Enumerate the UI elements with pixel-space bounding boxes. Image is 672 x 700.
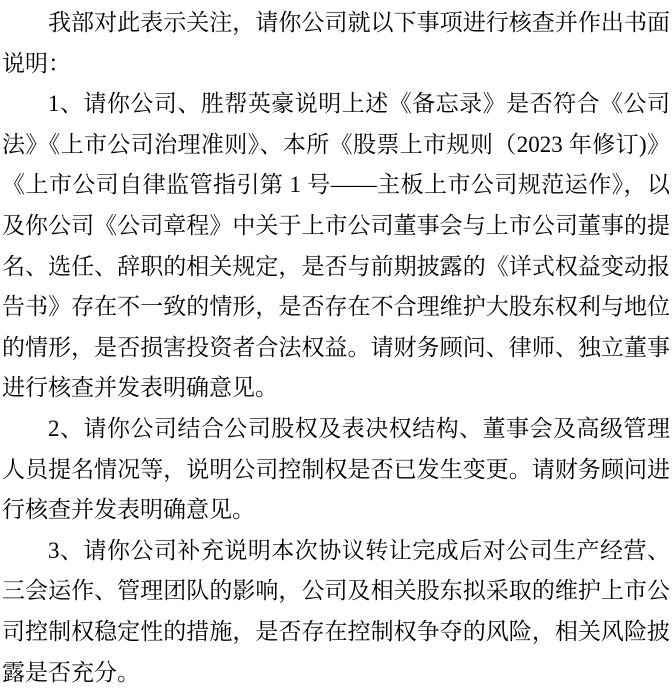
paragraph-intro: 我部对此表示关注，请你公司就以下事项进行核查并作出书面说明：: [2, 3, 670, 84]
paragraph-item-1: 1、请你公司、胜帮英豪说明上述《备忘录》是否符合《公司法》《上市公司治理准则》、…: [2, 84, 670, 409]
document-page: 我部对此表示关注，请你公司就以下事项进行核查并作出书面说明： 1、请你公司、胜帮…: [0, 0, 672, 700]
document-text-block: 我部对此表示关注，请你公司就以下事项进行核查并作出书面说明： 1、请你公司、胜帮…: [0, 0, 672, 693]
paragraph-item-3: 3、请你公司补充说明本次协议转让完成后对公司生产经营、三会运作、管理团队的影响，…: [2, 531, 670, 693]
paragraph-item-2: 2、请你公司结合公司股权及表决权结构、董事会及高级管理人员提名情况等，说明公司控…: [2, 409, 670, 531]
